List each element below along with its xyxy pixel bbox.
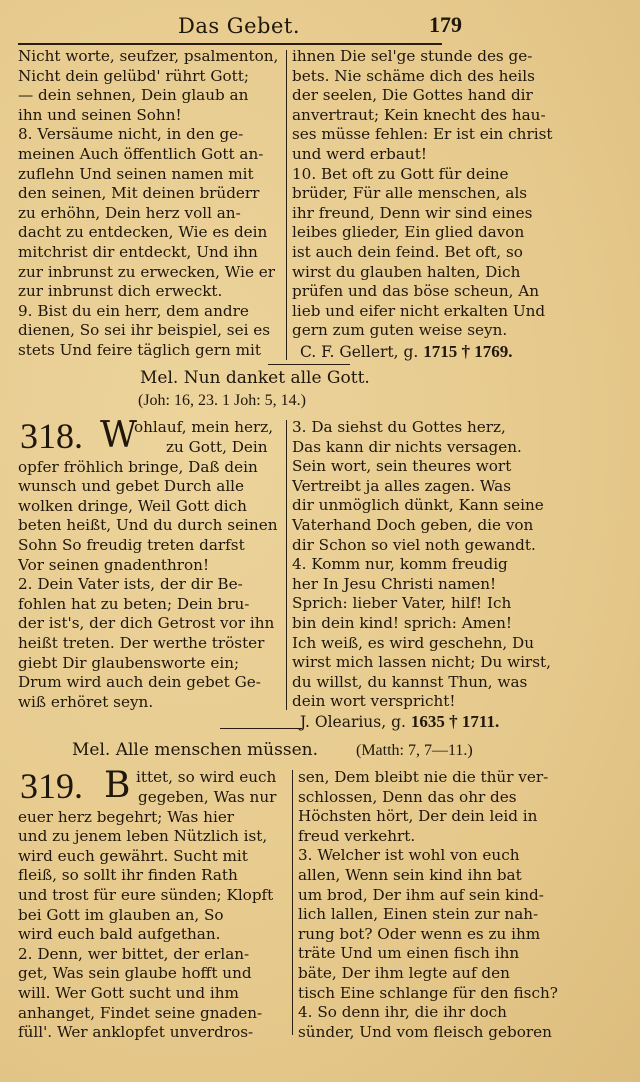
- text-line: der ist's, der dich Getrost vor ihn: [18, 614, 277, 634]
- text-line: 4. Komm nur, komm freudig: [292, 555, 551, 575]
- text-line: dacht zu entdecken, Wie es dein: [18, 223, 278, 243]
- text-line: 3. Welcher ist wohl von euch: [298, 846, 558, 866]
- column-divider: [292, 770, 293, 1035]
- column-divider: [286, 420, 287, 710]
- text-line: zu Gott, Dein: [18, 438, 277, 458]
- text-line: schlossen, Denn das ohr des: [298, 788, 558, 808]
- text-line: get, Was sein glaube hofft und: [18, 964, 276, 984]
- text-line: 10. Bet oft zu Gott für deine: [292, 165, 552, 185]
- text-line: tisch Eine schlange für den fisch?: [298, 984, 558, 1004]
- text-line: Ich weiß, es wird geschehn, Du: [292, 634, 551, 654]
- text-line: der seelen, Die Gottes hand dir: [292, 86, 552, 106]
- text-line: will. Wer Gott sucht und ihm: [18, 984, 276, 1004]
- text-line: um brod, Der ihm auf sein kind-: [298, 886, 558, 906]
- text-line: wird euch gewährt. Sucht mit: [18, 847, 276, 867]
- text-line: anvertraut; Kein knecht des hau-: [292, 106, 552, 126]
- attribution-gellert: C. F. Gellert, g. 1715 † 1769.: [300, 342, 513, 362]
- text-line: Vaterhand Doch geben, die von: [292, 516, 551, 536]
- text-line: leibes glieder, Ein glied davon: [292, 223, 552, 243]
- text-line: dir Schon so viel noth gewandt.: [292, 536, 551, 556]
- melody-heading-319: Mel. Alle menschen müssen.: [72, 740, 318, 760]
- scripture-reference-318: (Joh: 16, 23. 1 Joh: 5, 14.): [138, 392, 306, 410]
- text-line: füll'. Wer anklopfet unverdros-: [18, 1023, 276, 1043]
- text-line: du willst, du kannst Thun, was: [292, 673, 551, 693]
- text-line: wirst du glauben halten, Dich: [292, 263, 552, 283]
- author-name: J. Olearius, g.: [300, 713, 406, 731]
- author-years: 1715 † 1769.: [423, 342, 512, 361]
- text-line: ihn und seinen Sohn!: [18, 106, 278, 126]
- text-line: Vor seinen gnadenthron!: [18, 556, 277, 576]
- text-line: 9. Bist du ein herr, dem andre: [18, 302, 278, 322]
- text-line: Drum wird auch dein gebet Ge-: [18, 673, 277, 693]
- text-line: anhanget, Findet seine gnaden-: [18, 1004, 276, 1024]
- text-line: bei Gott im glauben an, So: [18, 906, 276, 926]
- text-line: Das kann dir nichts versagen.: [292, 438, 551, 458]
- text-line: den seinen, Mit deinen brüderr: [18, 184, 278, 204]
- text-line: 3. Da siehst du Gottes herz,: [292, 418, 551, 438]
- author-name: C. F. Gellert, g.: [300, 343, 418, 361]
- text-line: und trost für eure sünden; Klopft: [18, 886, 276, 906]
- text-line: dein wort verspricht!: [292, 692, 551, 712]
- hymn-319-right-column: sen, Dem bleibt nie die thür ver-schloss…: [298, 768, 558, 1042]
- text-line: ses müsse fehlen: Er ist ein christ: [292, 125, 552, 145]
- text-line: zuflehn Und seinen namen mit: [18, 165, 278, 185]
- text-line: Höchsten hört, Der dein leid in: [298, 807, 558, 827]
- text-line: meinen Auch öffentlich Gott an-: [18, 145, 278, 165]
- text-line: lieb und eifer nicht erkalten Und: [292, 302, 552, 322]
- text-line: 2. Denn, wer bittet, der erlan-: [18, 945, 276, 965]
- text-line: — dein sehnen, Dein glaub an: [18, 86, 278, 106]
- text-line: träte Und um einen fisch ihn: [298, 944, 558, 964]
- text-line: fleiß, so sollt ihr finden Rath: [18, 866, 276, 886]
- attribution-olearius: J. Olearius, g. 1635 † 1711.: [300, 712, 499, 732]
- text-line: dir unmöglich dünkt, Kann seine: [292, 496, 551, 516]
- scripture-reference-319: (Matth: 7, 7—11.): [356, 742, 473, 760]
- text-line: ist auch dein feind. Bet oft, so: [292, 243, 552, 263]
- column-divider: [286, 50, 287, 360]
- continued-left-column: Nicht worte, seufzer, psalmenton,Nicht d…: [18, 47, 278, 361]
- text-line: ihnen Die sel'ge stunde des ge-: [292, 47, 552, 67]
- text-line: dienen, So sei ihr beispiel, sei es: [18, 321, 278, 341]
- text-line: 8. Versäume nicht, in den ge-: [18, 125, 278, 145]
- text-line: her In Jesu Christi namen!: [292, 575, 551, 595]
- first-line-318: ohlauf, mein herz,: [134, 418, 273, 438]
- page-number: 179: [429, 12, 462, 38]
- text-line: freud verkehrt.: [298, 827, 558, 847]
- text-line: bin dein kind! sprich: Amen!: [292, 614, 551, 634]
- text-line: euer herz begehrt; Was hier: [18, 808, 276, 828]
- page-title: Das Gebet.: [178, 14, 300, 38]
- text-line: prüfen und das böse scheun, An: [292, 282, 552, 302]
- text-line: Sprich: lieber Vater, hilf! Ich: [292, 594, 551, 614]
- text-line: ihr freund, Denn wir sind eines: [292, 204, 552, 224]
- text-line: giebt Dir glaubensworte ein;: [18, 654, 277, 674]
- text-line: mitchrist dir entdeckt, Und ihn: [18, 243, 278, 263]
- running-header: Das Gebet. 179: [18, 10, 442, 40]
- section-rule: [220, 728, 302, 729]
- text-line: fohlen hat zu beten; Dein bru-: [18, 595, 277, 615]
- text-line: 2. Dein Vater ists, der dir Be-: [18, 575, 277, 595]
- text-line: sen, Dem bleibt nie die thür ver-: [298, 768, 558, 788]
- continued-right-column: ihnen Die sel'ge stunde des ge-bets. Nie…: [292, 47, 552, 341]
- text-line: zur inbrunst zu erwecken, Wie er: [18, 263, 278, 283]
- text-line: wird euch bald aufgethan.: [18, 925, 276, 945]
- author-years: 1635 † 1711.: [411, 712, 499, 731]
- first-line-319: ittet, so wird euch: [136, 768, 276, 788]
- text-line: allen, Wenn sein kind ihn bat: [298, 866, 558, 886]
- text-line: Sein wort, sein theures wort: [292, 457, 551, 477]
- text-line: stets Und feire täglich gern mit: [18, 341, 278, 361]
- text-line: heißt treten. Der werthe tröster: [18, 634, 277, 654]
- text-line: brüder, Für alle menschen, als: [292, 184, 552, 204]
- text-line: bäte, Der ihm legte auf den: [298, 964, 558, 984]
- text-line: Nicht dein gelübd' rührt Gott;: [18, 67, 278, 87]
- hymnal-page: Das Gebet. 179 Nicht worte, seufzer, psa…: [0, 0, 640, 1082]
- text-line: zu erhöhn, Dein herz voll an-: [18, 204, 278, 224]
- text-line: Vertreibt ja alles zagen. Was: [292, 477, 551, 497]
- text-line: wiß erhöret seyn.: [18, 693, 277, 713]
- text-line: rung bot? Oder wenn es zu ihm: [298, 925, 558, 945]
- melody-heading-318: Mel. Nun danket alle Gott.: [140, 368, 370, 388]
- text-line: gern zum guten weise seyn.: [292, 321, 552, 341]
- header-rule: [18, 43, 442, 45]
- text-line: Sohn So freudig treten darfst: [18, 536, 277, 556]
- section-rule: [268, 364, 350, 365]
- text-line: sünder, Und vom fleisch geboren: [298, 1023, 558, 1043]
- hymn-318-right-column: 3. Da siehst du Gottes herz,Das kann dir…: [292, 418, 551, 712]
- hymn-319-left-column: gegeben, Was nureuer herz begehrt; Was h…: [18, 788, 276, 1043]
- text-line: wolken dringe, Weil Gott dich: [18, 497, 277, 517]
- text-line: bets. Nie schäme dich des heils: [292, 67, 552, 87]
- text-line: gegeben, Was nur: [18, 788, 276, 808]
- text-line: zur inbrunst dich erweckt.: [18, 282, 278, 302]
- text-line: beten heißt, Und du durch seinen: [18, 516, 277, 536]
- text-line: wirst mich lassen nicht; Du wirst,: [292, 653, 551, 673]
- text-line: opfer fröhlich bringe, Daß dein: [18, 458, 277, 478]
- text-line: Nicht worte, seufzer, psalmenton,: [18, 47, 278, 67]
- text-line: lich lallen, Einen stein zur nah-: [298, 905, 558, 925]
- text-line: 4. So denn ihr, die ihr doch: [298, 1003, 558, 1023]
- text-line: und zu jenem leben Nützlich ist,: [18, 827, 276, 847]
- hymn-318-left-column: zu Gott, Deinopfer fröhlich bringe, Daß …: [18, 438, 277, 712]
- text-line: wunsch und gebet Durch alle: [18, 477, 277, 497]
- text-line: und werd erbaut!: [292, 145, 552, 165]
